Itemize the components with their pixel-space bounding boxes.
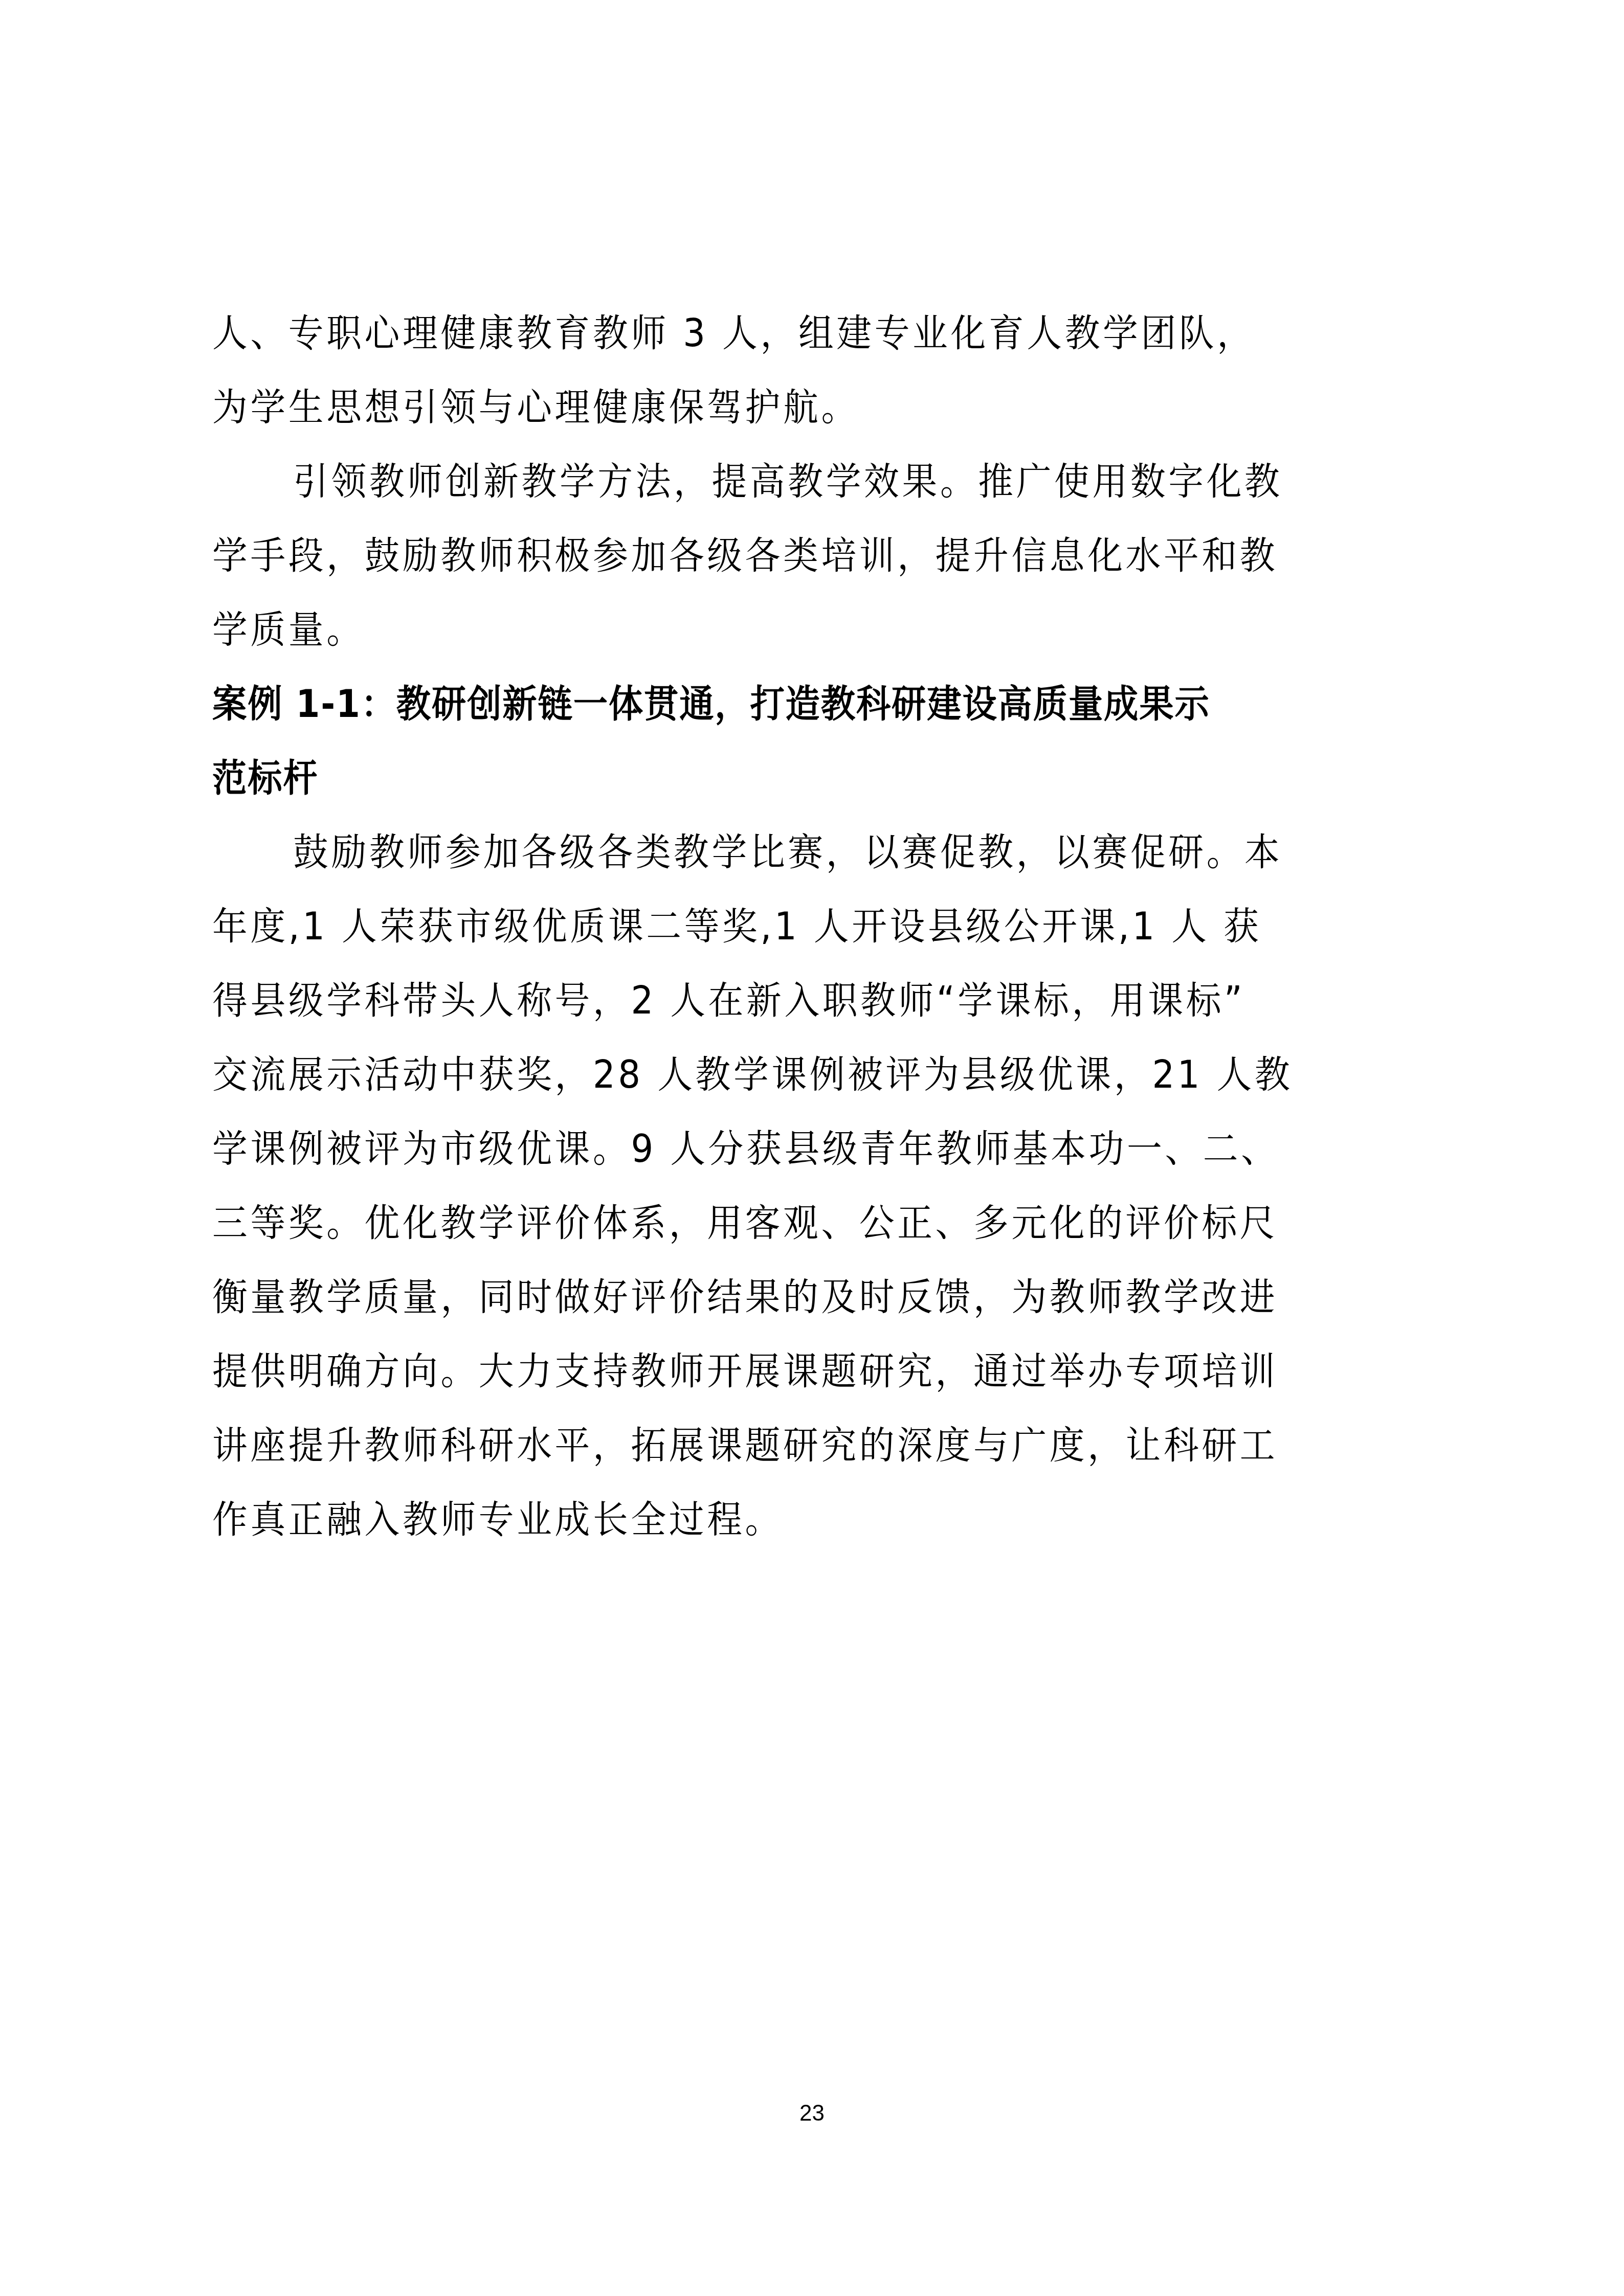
paragraph-team-building: 人、专职心理健康教育教师 3 人，组建专业化育人教学团队， 为学生思想引领与心理… bbox=[212, 297, 1430, 445]
text-line: 年度,1 人荣获市级优质课二等奖,1 人开设县级公开课,1 人 获 bbox=[212, 890, 1344, 964]
text-line: 衡量教学质量，同时做好评价结果的及时反馈，为教师教学改进 bbox=[212, 1260, 1344, 1335]
page-number: 23 bbox=[0, 2099, 1624, 2128]
text-line: 得县级学科带头人称号，2 人在新入职教师“学课标，用课标” bbox=[212, 964, 1344, 1038]
paragraph-case-body: 鼓励教师参加各级各类教学比赛，以赛促教，以赛促研。本 年度,1 人荣获市级优质课… bbox=[212, 816, 1430, 1557]
text-line: 学课例被评为市级优课。9 人分获县级青年教师基本功一、二、 bbox=[212, 1112, 1344, 1186]
text-line: 作真正融入教师专业成长全过程。 bbox=[212, 1483, 1344, 1557]
text-line: 讲座提升教师科研水平，拓展课题研究的深度与广度，让科研工 bbox=[212, 1409, 1344, 1483]
text-line: 三等奖。优化教学评价体系，用客观、公正、多元化的评价标尺 bbox=[212, 1186, 1344, 1260]
page-body: 人、专职心理健康教育教师 3 人，组建专业化育人教学团队， 为学生思想引领与心理… bbox=[212, 297, 1430, 1557]
paragraph-teaching-methods: 引领教师创新教学方法，提高教学效果。推广使用数字化教 学手段，鼓励教师积极参加各… bbox=[212, 445, 1430, 667]
text-line: 学质量。 bbox=[212, 593, 1344, 667]
document-page: 人、专职心理健康教育教师 3 人，组建专业化育人教学团队， 为学生思想引领与心理… bbox=[0, 0, 1624, 2296]
text-line: 提供明确方向。大力支持教师开展课题研究，通过举办专项培训 bbox=[212, 1335, 1344, 1409]
text-line: 人、专职心理健康教育教师 3 人，组建专业化育人教学团队， bbox=[212, 297, 1344, 371]
text-line: 学手段，鼓励教师积极参加各级各类培训，提升信息化水平和教 bbox=[212, 519, 1344, 593]
heading-line: 范标杆 bbox=[212, 741, 1320, 816]
case-heading: 案例 1-1：教研创新链一体贯通，打造教科研建设高质量成果示 范标杆 bbox=[212, 667, 1430, 816]
text-line: 引领教师创新教学方法，提高教学效果。推广使用数字化教 bbox=[212, 445, 1344, 519]
text-line: 为学生思想引领与心理健康保驾护航。 bbox=[212, 371, 1344, 445]
text-line: 鼓励教师参加各级各类教学比赛，以赛促教，以赛促研。本 bbox=[212, 816, 1344, 890]
text-line: 交流展示活动中获奖，28 人教学课例被评为县级优课，21 人教 bbox=[212, 1038, 1344, 1112]
heading-line: 案例 1-1：教研创新链一体贯通，打造教科研建设高质量成果示 bbox=[212, 667, 1320, 741]
